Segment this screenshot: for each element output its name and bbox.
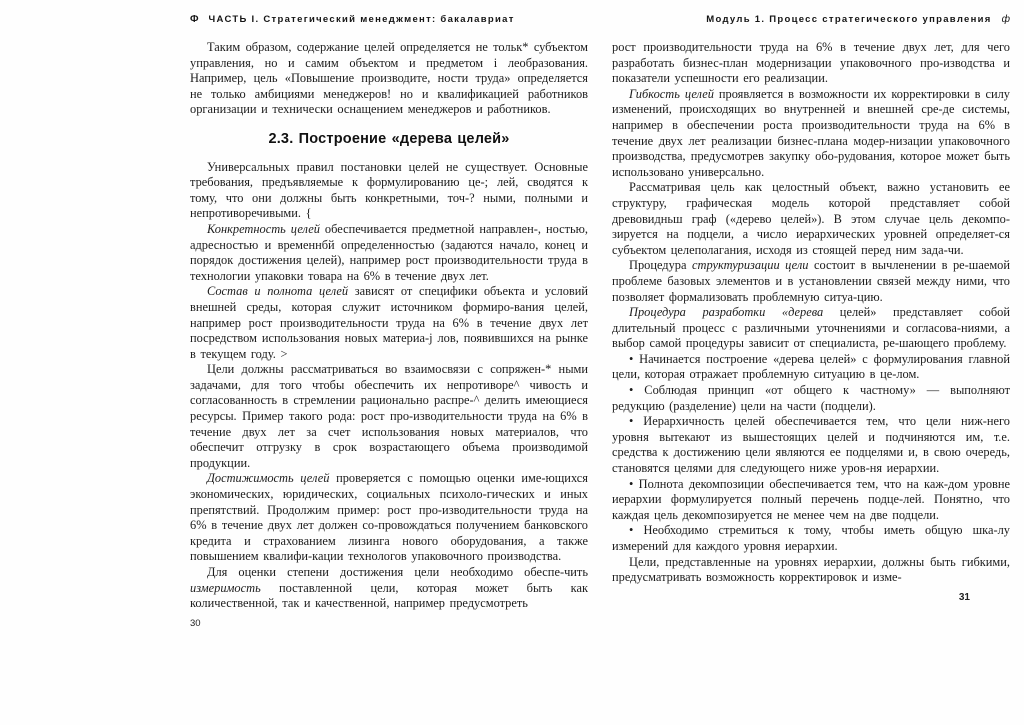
paragraph: Достижимость целей проверяется с помощью…	[190, 471, 588, 565]
body-text: Процедура	[629, 258, 692, 272]
emphasized-text: структуризации цели	[692, 258, 808, 272]
left-running-head: ФЧАСТЬ I. Стратегический менеджмент: бак…	[190, 14, 588, 27]
emphasized-text: Процедура разработки «дерева	[629, 305, 823, 319]
emphasized-text: Конкретность целей	[207, 222, 320, 236]
paragraph: • Начинается построение «дерева целей» с…	[612, 352, 1010, 383]
paragraph: • Полнота декомпозиции обеспечивается те…	[612, 477, 1010, 524]
left-page-number: 30	[190, 618, 588, 629]
body-text: Рассматривая цель как целостный объект, …	[612, 180, 1010, 256]
right-page-number: 31	[612, 592, 1010, 603]
left-running-head-title: ЧАСТЬ I. Стратегический менеджмент: бака…	[209, 14, 515, 25]
body-text: рост производительности труда на 6% в те…	[612, 40, 1010, 85]
body-text: Для оценки степени достижения цели необх…	[207, 565, 588, 579]
left-page: ФЧАСТЬ I. Стратегический менеджмент: бак…	[190, 0, 588, 629]
body-text: Цели должны рассматриваться во взаимосвя…	[190, 362, 588, 470]
paragraph: Рассматривая цель как целостный объект, …	[612, 180, 1010, 258]
paragraph: • Иерархичность целей обеспечивается тем…	[612, 414, 1010, 476]
body-text: Цели, представленные на уровнях иерархии…	[612, 555, 1010, 585]
paragraph: Конкретность целей обеспечивается предме…	[190, 222, 588, 284]
body-text: • Необходимо стремиться к тому, чтобы им…	[612, 523, 1010, 553]
paragraph: Состав и полнота целей зависят от специф…	[190, 284, 588, 362]
paragraph: Гибкость целей проявляется в возможности…	[612, 87, 1010, 181]
right-page: Модуль 1. Процесс стратегического управл…	[612, 0, 1010, 603]
right-running-head-title: Модуль 1. Процесс стратегического управл…	[706, 14, 991, 25]
right-page-body: рост производительности труда на 6% в те…	[612, 40, 1010, 586]
body-text: Универсальных правил постановки целей не…	[190, 160, 588, 221]
paragraph: рост производительности труда на 6% в те…	[612, 40, 1010, 87]
body-text: • Иерархичность целей обеспечивается тем…	[612, 414, 1010, 475]
right-running-head: Модуль 1. Процесс стратегического управл…	[612, 14, 1010, 27]
body-text: • Начинается построение «дерева целей» с…	[612, 352, 1010, 382]
section-heading: 2.3. Построение «дерева целей»	[190, 132, 588, 148]
emphasized-text: Гибкость целей	[629, 87, 714, 101]
paragraph: Цели, представленные на уровнях иерархии…	[612, 555, 1010, 586]
section-marker-icon: Ф	[190, 14, 199, 25]
body-text: • Соблюдая принцип «от общего к частному…	[612, 383, 1010, 413]
paragraph: Для оценки степени достижения цели необх…	[190, 565, 588, 612]
paragraph: Процедура разработки «дерева целей» пред…	[612, 305, 1010, 352]
emphasized-text: Достижимость целей	[207, 471, 329, 485]
section-marker-icon: ф	[1002, 14, 1010, 25]
paragraph: • Соблюдая принцип «от общего к частному…	[612, 383, 1010, 414]
left-page-body: Таким образом, содержание целей определя…	[190, 40, 588, 612]
body-text: Таким образом, содержание целей определя…	[190, 40, 588, 116]
emphasized-text: Состав и полнота целей	[207, 284, 348, 298]
book-spread: ФЧАСТЬ I. Стратегический менеджмент: бак…	[0, 0, 1024, 725]
paragraph: Процедура структуризации цели состоит в …	[612, 258, 1010, 305]
paragraph: Цели должны рассматриваться во взаимосвя…	[190, 362, 588, 471]
paragraph: • Необходимо стремиться к тому, чтобы им…	[612, 523, 1010, 554]
body-text: • Полнота декомпозиции обеспечивается те…	[612, 477, 1010, 522]
emphasized-text: измеримость	[190, 581, 261, 595]
paragraph: Таким образом, содержание целей определя…	[190, 40, 588, 118]
paragraph: Универсальных правил постановки целей не…	[190, 160, 588, 222]
